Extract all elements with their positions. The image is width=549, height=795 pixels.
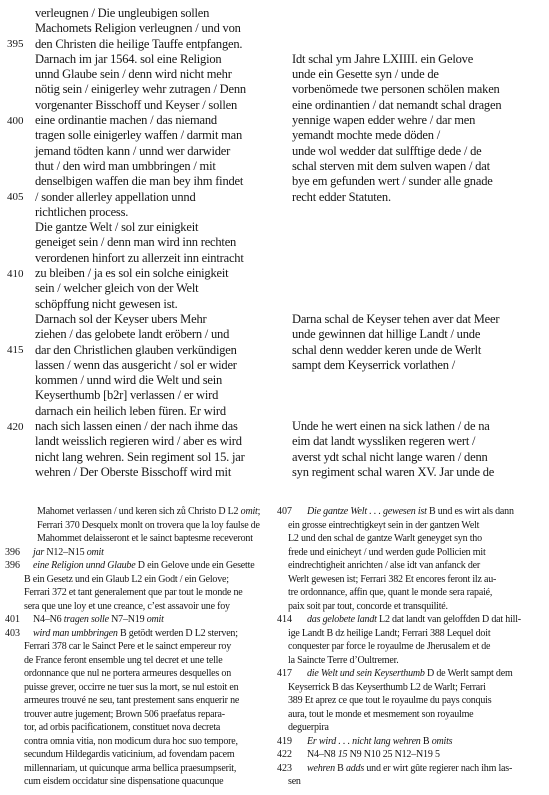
apparatus-text: Keyserrick B das Keyserthumb L2 de Warlt… bbox=[288, 682, 486, 693]
blank-line bbox=[270, 21, 549, 36]
apparatus-line: 403wird man umbbringen B getödt werden D… bbox=[0, 627, 272, 641]
text-line-content: Die gantze Welt / sol zur einigkeit bbox=[35, 220, 198, 234]
text-line: 400eine ordinantie machen / das niemand bbox=[0, 113, 270, 128]
text-line: vorgenanter Bisschoff und Keyser / solle… bbox=[0, 98, 270, 113]
text-line-content: eine ordinantie machen / das niemand bbox=[35, 113, 217, 127]
text-line: verleugnen / Die ungleubigen sollen bbox=[0, 6, 270, 21]
lemma-or-editorial-term: Die gantze Welt . . . gewesen ist bbox=[307, 506, 427, 517]
parallel-text-line: yemandt mochte mede döden / bbox=[270, 128, 549, 143]
apparatus-text: tor, ad orbis pacificationem, constituet… bbox=[24, 722, 220, 733]
apparatus-line: Mahomet verlassen / und keren sich zů Ch… bbox=[0, 505, 272, 519]
apparatus-line: ein grosse eintrechtigkeyt sein in der g… bbox=[272, 519, 549, 533]
apparatus-line: 407Die gantze Welt . . . gewesen ist B u… bbox=[272, 505, 549, 519]
apparatus-text: paix soit par tout, concorde et transqui… bbox=[288, 601, 448, 612]
parallel-text-line: unde ein Gesette syn / unde de bbox=[270, 67, 549, 82]
apparatus-text: ein grosse eintrechtigkeyt sein in der g… bbox=[288, 520, 479, 531]
line-number: 410 bbox=[7, 267, 24, 282]
apparatus-line: 417die Welt und sein Keyserthumb D de We… bbox=[272, 667, 549, 681]
apparatus-line: la Saincte Terre d’Oultremer. bbox=[272, 654, 549, 668]
text-line-content: nach sich lassen einen / der nach ihme d… bbox=[35, 419, 238, 433]
apparatus-text: N7–N19 bbox=[109, 614, 147, 625]
apparatus-line: secundum Hildegardis vaticinium, ad fove… bbox=[0, 748, 272, 762]
apparatus-text: N9 N10 25 N12–N19 5 bbox=[347, 749, 439, 760]
text-line: verordenen hinfort zu allerzeit inn eint… bbox=[0, 251, 270, 266]
blank-line bbox=[270, 297, 549, 312]
apparatus-text: eindrechtigheit anrichten / alse idt van… bbox=[288, 560, 480, 571]
blank-line bbox=[270, 373, 549, 388]
apparatus-text: ige Landt B dz heilige Landt; Ferrari 38… bbox=[288, 628, 490, 639]
text-line: 420nach sich lassen einen / der nach ihm… bbox=[0, 419, 270, 434]
apparatus-text: la Saincte Terre d’Oultremer. bbox=[288, 655, 399, 666]
apparatus-note-number: 417 bbox=[277, 667, 292, 681]
line-number: 400 bbox=[7, 114, 24, 129]
blank-line bbox=[270, 220, 549, 235]
text-line-content: wehren / Der Oberste Bisschoff wird mit bbox=[35, 465, 231, 479]
blank-line bbox=[270, 281, 549, 296]
line-number: 420 bbox=[7, 420, 24, 435]
apparatus-note-number: 403 bbox=[5, 627, 20, 641]
blank-line bbox=[270, 235, 549, 250]
apparatus-line: 396eine Religion unnd Glaube D ein Gelov… bbox=[0, 559, 272, 573]
lemma-or-editorial-term: eine Religion unnd Glaube bbox=[33, 560, 135, 571]
apparatus-text: B und es wirt als dann bbox=[427, 506, 514, 517]
text-line: kommen / unnd wird die Welt und sein bbox=[0, 373, 270, 388]
parallel-text-line: unde wol wedder dat sulfftige dede / de bbox=[270, 144, 549, 159]
apparatus-text: B bbox=[421, 736, 432, 747]
apparatus-line: Werlt gewesen ist; Ferrari 382 Et encore… bbox=[272, 573, 549, 587]
apparatus-text: de France feront ensemble ung tel decret… bbox=[24, 655, 222, 666]
apparatus-line: Ferrari 372 et tant generalement que par… bbox=[0, 586, 272, 600]
blank-line bbox=[270, 205, 549, 220]
text-line-content: dar den Christlichen glauben verkündigen bbox=[35, 343, 237, 357]
apparatus-line: Ferrari 370 Desquelx monlt on trovera qu… bbox=[0, 519, 272, 533]
apparatus-text: millennariam, ut quicunque arma bellica … bbox=[24, 763, 236, 774]
lemma-or-editorial-term: omit bbox=[147, 614, 164, 625]
text-line: Machomets Religion verleugnen / und von bbox=[0, 21, 270, 36]
apparatus-text: tre ordonnance, affin que, quant le mond… bbox=[288, 587, 492, 598]
text-line-content: tragen solle einigerley waffen / darmit … bbox=[35, 128, 242, 142]
text-line: 415dar den Christlichen glauben verkündi… bbox=[0, 343, 270, 358]
text-line-content: nötig sein / einigerley wehr zutragen / … bbox=[35, 82, 246, 96]
parallel-text-line: averst ydt schal nicht lange waren / den… bbox=[270, 450, 549, 465]
apparatus-note-number: 407 bbox=[277, 505, 292, 519]
apparatus-line: sen bbox=[272, 775, 549, 789]
parallel-text-line: recht edder Statuten. bbox=[270, 190, 549, 205]
text-line-content: thut / den wird man umbbringen / mit bbox=[35, 159, 216, 173]
apparatus-line: Keyserrick B das Keyserthumb L2 de Warlt… bbox=[272, 681, 549, 695]
text-line: ziehen / das gelobete landt eröbern / un… bbox=[0, 327, 270, 342]
apparatus-line: eindrechtigheit anrichten / alse idt van… bbox=[272, 559, 549, 573]
apparatus-line: deguerpira bbox=[272, 721, 549, 735]
text-line: jemand tödten kann / unnd wer darwider bbox=[0, 144, 270, 159]
apparatus-line: millennariam, ut quicunque arma bellica … bbox=[0, 762, 272, 776]
text-line-content: den Christen die heilige Tauffe entpfang… bbox=[35, 37, 242, 51]
apparatus-text: Ferrari 378 car le Sainct Pere et le sai… bbox=[24, 641, 231, 652]
text-line: thut / den wird man umbbringen / mit bbox=[0, 159, 270, 174]
apparatus-text: Ferrari 372 et tant generalement que par… bbox=[24, 587, 243, 598]
apparatus-text: N4–N6 bbox=[33, 614, 64, 625]
apparatus-text: Mahommet delaisseront et le sainct bapte… bbox=[37, 533, 253, 544]
apparatus-line: L2 und den schal de gantze Warlt geneyge… bbox=[272, 532, 549, 546]
apparatus-text: secundum Hildegardis vaticinium, ad fove… bbox=[24, 749, 235, 760]
apparatus-line: 396jar N12–N15 omit bbox=[0, 546, 272, 560]
text-line: schöpffung nicht gewesen ist. bbox=[0, 297, 270, 312]
parallel-text-line: eine ordinantien / dat nemandt schal dra… bbox=[270, 98, 549, 113]
apparatus-text: frede und einicheyt / und werden gude Po… bbox=[288, 547, 486, 558]
book-page: verleugnen / Die ungleubigen sollenMacho… bbox=[0, 0, 549, 795]
lemma-or-editorial-term: tragen solle bbox=[64, 614, 109, 625]
text-line: nicht lang wehren. Sein regiment sol 15.… bbox=[0, 450, 270, 465]
text-line-content: verleugnen / Die ungleubigen sollen bbox=[35, 6, 209, 20]
low-german-text-column: Idt schal ym Jahre LXIIII. ein Geloveund… bbox=[270, 6, 549, 480]
lemma-or-editorial-term: das gelobete landt bbox=[307, 614, 377, 625]
lemma-or-editorial-term: omit bbox=[241, 506, 258, 517]
text-line-content: ziehen / das gelobete landt eröbern / un… bbox=[35, 327, 229, 341]
text-line: 405/ sonder allerley appellation unnd bbox=[0, 190, 270, 205]
parallel-text-line: schal denn wedder keren unde de Werlt bbox=[270, 343, 549, 358]
apparatus-text: Mahomet verlassen / und keren sich zů Ch… bbox=[37, 506, 241, 517]
text-line: darnach ein heilich leben füren. Er wird bbox=[0, 404, 270, 419]
parallel-text-line: bye em gefunden wert / sunder alle gnade bbox=[270, 174, 549, 189]
text-line: richtlichen process. bbox=[0, 205, 270, 220]
apparatus-text: ordonnance que nul ne portera armeures d… bbox=[24, 668, 231, 679]
apparatus-text: B ein Gesetz und ein Glaub L2 ein Godt /… bbox=[24, 574, 229, 585]
text-line: Keyserthumb [b2r] verlassen / er wird bbox=[0, 388, 270, 403]
apparatus-line: 389 Et aprez ce que tout le royaulme du … bbox=[272, 694, 549, 708]
text-line-content: zu bleiben / ja es sol ein solche einigk… bbox=[35, 266, 228, 280]
parallel-text-line: schal sterven mit dem sulven wapen / dat bbox=[270, 159, 549, 174]
apparatus-text: D de Werlt sampt dem bbox=[425, 668, 513, 679]
line-number: 395 bbox=[7, 37, 24, 52]
apparatus-text: aura, tout le monde et mesmement son roy… bbox=[288, 709, 473, 720]
apparatus-line: 419Er wird . . . nicht lang wehren B omi… bbox=[272, 735, 549, 749]
apparatus-line: trouver autre jugement; Brown 506 praefa… bbox=[0, 708, 272, 722]
text-line-content: unnd Glaube sein / denn wird nicht mehr bbox=[35, 67, 232, 81]
apparatus-note-number: 401 bbox=[5, 613, 20, 627]
apparatus-text: sen bbox=[288, 776, 301, 787]
parallel-text-line: Idt schal ym Jahre LXIIII. ein Gelove bbox=[270, 52, 549, 67]
line-number: 415 bbox=[7, 343, 24, 358]
apparatus-text: cum eisdem occidatur sine dispensatione … bbox=[24, 776, 223, 787]
critical-apparatus: Mahomet verlassen / und keren sich zů Ch… bbox=[0, 505, 549, 789]
apparatus-text: Ferrari 370 Desquelx monlt on trovera qu… bbox=[37, 520, 260, 531]
lemma-or-editorial-term: Er wird . . . nicht lang wehren bbox=[307, 736, 421, 747]
apparatus-note-number: 422 bbox=[277, 748, 292, 762]
text-line-content: Machomets Religion verleugnen / und von bbox=[35, 21, 241, 35]
apparatus-line: 414das gelobete landt L2 dat landt van g… bbox=[272, 613, 549, 627]
apparatus-line: ige Landt B dz heilige Landt; Ferrari 38… bbox=[272, 627, 549, 641]
text-line: unnd Glaube sein / denn wird nicht mehr bbox=[0, 67, 270, 82]
parallel-text-line: sampt dem Keyserrick vorlathen / bbox=[270, 358, 549, 373]
apparatus-text: 389 Et aprez ce que tout le royaulme du … bbox=[288, 695, 491, 706]
german-text-column: verleugnen / Die ungleubigen sollenMacho… bbox=[0, 6, 270, 480]
lemma-or-editorial-term: adds bbox=[346, 763, 364, 774]
apparatus-line: cum eisdem occidatur sine dispensatione … bbox=[0, 775, 272, 789]
apparatus-line: 422N4–N8 15 N9 N10 25 N12–N19 5 bbox=[272, 748, 549, 762]
text-line: Die gantze Welt / sol zur einigkeit bbox=[0, 220, 270, 235]
text-line-content: kommen / unnd wird die Welt und sein bbox=[35, 373, 222, 387]
text-line-content: Keyserthumb [b2r] verlassen / er wird bbox=[35, 388, 218, 402]
parallel-text-line: Darna schal de Keyser tehen aver dat Mee… bbox=[270, 312, 549, 327]
text-line-content: nicht lang wehren. Sein regiment sol 15.… bbox=[35, 450, 245, 464]
apparatus-text: N4–N8 bbox=[307, 749, 338, 760]
parallel-text-line: unde gewinnen dat hillige Landt / unde bbox=[270, 327, 549, 342]
main-text-block: verleugnen / Die ungleubigen sollenMacho… bbox=[0, 6, 549, 480]
apparatus-text: puisse grever, occirre ne tuer sus la mo… bbox=[24, 682, 238, 693]
text-line-content: lassen / wenn das ausgericht / sol er wi… bbox=[35, 358, 237, 372]
blank-line bbox=[270, 266, 549, 281]
apparatus-line: tre ordonnance, affin que, quant le mond… bbox=[272, 586, 549, 600]
text-line: landt weisslich regieren wird / aber es … bbox=[0, 434, 270, 449]
lemma-or-editorial-term: jar bbox=[33, 547, 44, 558]
apparatus-text: trouver autre jugement; Brown 506 praefa… bbox=[24, 709, 225, 720]
apparatus-text: sera que une loy et une creance, c’est a… bbox=[24, 601, 230, 612]
text-line-content: richtlichen process. bbox=[35, 205, 128, 219]
apparatus-line: paix soit par tout, concorde et transqui… bbox=[272, 600, 549, 614]
apparatus-text: ; bbox=[258, 506, 261, 517]
apparatus-line: armeures trouvé ne seu, tant prestement … bbox=[0, 694, 272, 708]
text-line-content: / sonder allerley appellation unnd bbox=[35, 190, 196, 204]
blank-line bbox=[270, 6, 549, 21]
parallel-text-line: eim dat landt wyssliken regeren wert / bbox=[270, 434, 549, 449]
apparatus-line: B ein Gesetz und ein Glaub L2 ein Godt /… bbox=[0, 573, 272, 587]
blank-line bbox=[270, 37, 549, 52]
apparatus-text: B getödt werden D L2 sterven; bbox=[118, 628, 238, 639]
parallel-text-line: syn regiment schal waren XV. Jar unde de bbox=[270, 465, 549, 480]
text-line-content: geneiget sein / denn man wird inn rechte… bbox=[35, 235, 236, 249]
text-line-content: darnach ein heilich leben füren. Er wird bbox=[35, 404, 226, 418]
apparatus-note-number: 396 bbox=[5, 546, 20, 560]
text-line-content: vorgenanter Bisschoff und Keyser / solle… bbox=[35, 98, 237, 112]
lemma-or-editorial-term: wird man umbbringen bbox=[33, 628, 118, 639]
parallel-text-line: vorbenömede twe personen schölen maken bbox=[270, 82, 549, 97]
lemma-or-editorial-term: wehren bbox=[307, 763, 335, 774]
text-line: sein / welcher gleich von der Welt bbox=[0, 281, 270, 296]
parallel-text-line: Unde he wert einen na sick lathen / de n… bbox=[270, 419, 549, 434]
apparatus-line: contra omnia vitia, non modicum dura hoc… bbox=[0, 735, 272, 749]
apparatus-text: deguerpira bbox=[288, 722, 329, 733]
apparatus-line: conquester par force le royaulme de Jher… bbox=[272, 640, 549, 654]
text-line: 395den Christen die heilige Tauffe entpf… bbox=[0, 37, 270, 52]
apparatus-line: 401N4–N6 tragen solle N7–N19 omit bbox=[0, 613, 272, 627]
text-line: wehren / Der Oberste Bisschoff wird mit bbox=[0, 465, 270, 480]
apparatus-line: tor, ad orbis pacificationem, constituet… bbox=[0, 721, 272, 735]
text-line: tragen solle einigerley waffen / darmit … bbox=[0, 128, 270, 143]
text-line-content: landt weisslich regieren wird / aber es … bbox=[35, 434, 242, 448]
apparatus-line: de France feront ensemble ung tel decret… bbox=[0, 654, 272, 668]
apparatus-line: puisse grever, occirre ne tuer sus la mo… bbox=[0, 681, 272, 695]
text-line-content: Darnach sol der Keyser ubers Mehr bbox=[35, 312, 206, 326]
text-line: Darnach im jar 1564. sol eine Religion bbox=[0, 52, 270, 67]
apparatus-right-column: 407Die gantze Welt . . . gewesen ist B u… bbox=[272, 505, 549, 789]
text-line: 410zu bleiben / ja es sol ein solche ein… bbox=[0, 266, 270, 281]
text-line-content: sein / welcher gleich von der Welt bbox=[35, 281, 198, 295]
apparatus-text: contra omnia vitia, non modicum dura hoc… bbox=[24, 736, 238, 747]
text-line-content: denselbigen waffen die man bey ihm finde… bbox=[35, 174, 243, 188]
apparatus-line: sera que une loy et une creance, c’est a… bbox=[0, 600, 272, 614]
apparatus-left-column: Mahomet verlassen / und keren sich zů Ch… bbox=[0, 505, 272, 789]
lemma-or-editorial-term: omit bbox=[87, 547, 104, 558]
text-line: denselbigen waffen die man bey ihm finde… bbox=[0, 174, 270, 189]
lemma-or-editorial-term: 15 bbox=[338, 749, 348, 760]
apparatus-text: L2 und den schal de gantze Warlt geneyge… bbox=[288, 533, 482, 544]
blank-line bbox=[270, 404, 549, 419]
text-line-content: schöpffung nicht gewesen ist. bbox=[35, 297, 178, 311]
text-line: geneiget sein / denn man wird inn rechte… bbox=[0, 235, 270, 250]
apparatus-text: Werlt gewesen ist; Ferrari 382 Et encore… bbox=[288, 574, 496, 585]
apparatus-text: L2 dat landt van geloffden D dat hill- bbox=[377, 614, 521, 625]
apparatus-line: 423wehren B adds und er wirt gûte regier… bbox=[272, 762, 549, 776]
apparatus-text: B bbox=[335, 763, 346, 774]
apparatus-note-number: 423 bbox=[277, 762, 292, 776]
apparatus-note-number: 396 bbox=[5, 559, 20, 573]
lemma-or-editorial-term: die Welt und sein Keyserthumb bbox=[307, 668, 425, 679]
apparatus-line: frede und einicheyt / und werden gude Po… bbox=[272, 546, 549, 560]
text-line-content: verordenen hinfort zu allerzeit inn eint… bbox=[35, 251, 244, 265]
parallel-text-line: yennige wapen edder wehre / dar men bbox=[270, 113, 549, 128]
text-line: lassen / wenn das ausgericht / sol er wi… bbox=[0, 358, 270, 373]
apparatus-line: Mahommet delaisseront et le sainct bapte… bbox=[0, 532, 272, 546]
apparatus-line: ordonnance que nul ne portera armeures d… bbox=[0, 667, 272, 681]
lemma-or-editorial-term: omits bbox=[432, 736, 453, 747]
apparatus-line: Ferrari 378 car le Sainct Pere et le sai… bbox=[0, 640, 272, 654]
apparatus-text: und er wirt gûte regierer nach ihm las- bbox=[364, 763, 512, 774]
apparatus-text: conquester par force le royaulme de Jher… bbox=[288, 641, 490, 652]
apparatus-text: armeures trouvé ne seu, tant prestement … bbox=[24, 695, 239, 706]
line-number: 405 bbox=[7, 190, 24, 205]
text-line: nötig sein / einigerley wehr zutragen / … bbox=[0, 82, 270, 97]
apparatus-line: aura, tout le monde et mesmement son roy… bbox=[272, 708, 549, 722]
apparatus-text: D ein Gelove unde ein Gesette bbox=[135, 560, 254, 571]
text-line: Darnach sol der Keyser ubers Mehr bbox=[0, 312, 270, 327]
blank-line bbox=[270, 251, 549, 266]
text-line-content: jemand tödten kann / unnd wer darwider bbox=[35, 144, 230, 158]
blank-line bbox=[270, 388, 549, 403]
apparatus-note-number: 414 bbox=[277, 613, 292, 627]
apparatus-text: N12–N15 bbox=[44, 547, 87, 558]
text-line-content: Darnach im jar 1564. sol eine Religion bbox=[35, 52, 221, 66]
apparatus-note-number: 419 bbox=[277, 735, 292, 749]
